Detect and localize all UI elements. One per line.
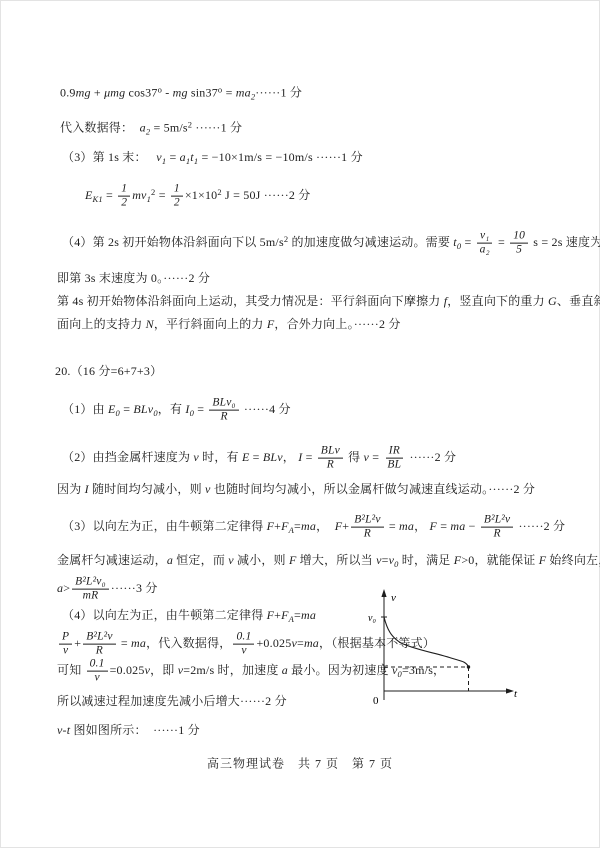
text-segment: （1）由 (62, 402, 108, 416)
fraction-denominator: R (93, 645, 106, 658)
text-segment: ······2 分 (406, 450, 456, 464)
fraction: B²L²v₀mR (72, 576, 109, 603)
text-segment: cos37 (125, 85, 157, 99)
text-segment: ······2 分 (515, 519, 565, 533)
text-line-a2-value: 代入数据得： a2 = 5m/s2 ······1 分 (60, 119, 242, 136)
text-segment: 也随时间均匀减小，所以金属杆做匀减速直线运动。······2 分 (211, 482, 536, 496)
text-line-q3-v1: （3）第 1s 末： v1 = a1t1 = −10×1m/s = −10m/s… (62, 150, 363, 166)
text-line-q20-3b: 金属杆匀减速运动，a 恒定，而 v 减小，则 F 增大，所以当 v=v0 时，满… (57, 553, 600, 569)
fraction-numerator: v₁ (477, 230, 493, 244)
fraction-denominator: R (490, 528, 503, 541)
text-segment: sin37 (188, 85, 218, 99)
fraction: v₁a₂ (477, 230, 493, 257)
text-segment: ma (450, 519, 465, 533)
text-segment: 可知 (57, 663, 85, 677)
text-segment: + (342, 519, 349, 533)
fraction-denominator: R (324, 459, 337, 472)
text-segment: ma (131, 636, 146, 650)
fraction-numerator: B²L²v (351, 514, 383, 528)
text-segment: F (281, 608, 289, 622)
text-segment: K1 (93, 194, 103, 204)
text-segment: = (461, 235, 474, 249)
text-line-q20-4e: v-t 图如图所示： ······1 分 (57, 723, 200, 737)
text-segment: ，代入数据得， (146, 636, 231, 650)
text-segment: （2）由挡金属杆速度为 (62, 450, 193, 464)
text-line-q3-ek1: EK1 = 12mv12 = 12×1×102 J = 50J ······2 … (85, 183, 311, 210)
text-segment: - (162, 85, 173, 99)
text-segment: = (120, 402, 133, 416)
text-segment: ······4 分 (241, 402, 291, 416)
text-segment: v-t (57, 723, 70, 737)
page-footer: 高三物理试卷 共 7 页 第 7 页 (0, 755, 600, 772)
text-segment: F (281, 519, 289, 533)
fraction-denominator: mR (80, 590, 102, 603)
text-line-q4-end3s: 即第 3s 末速度为 0。······2 分 (57, 271, 210, 285)
text-segment: = (166, 150, 179, 164)
text-segment: 金属杆匀减速运动， (57, 553, 167, 567)
fraction: B²L²vR (83, 631, 115, 658)
text-line-q20-header: 20.（16 分=6+7+3） (55, 364, 162, 378)
v0-label: v₀ (368, 613, 376, 624)
text-segment: 即第 3s 末速度为 0。······2 分 (57, 271, 210, 285)
text-segment: s = 2s 速度为 0， (530, 235, 600, 249)
text-segment: 得 (345, 450, 364, 464)
text-segment: 第 4s 初开始物体沿斜面向上运动，其受力情况是：平行斜面向下摩擦力 (57, 294, 444, 308)
text-line-q20-4d: 所以减速过程加速度先减小后增大······2 分 (57, 694, 287, 708)
text-segment: ······3 分 (111, 581, 158, 595)
fraction-numerator: BLv (318, 445, 343, 459)
text-segment: + (91, 85, 104, 99)
text-segment: 时，满足 (399, 553, 454, 567)
fraction-denominator: 2 (118, 197, 130, 210)
text-segment: 时，有 (199, 450, 242, 464)
fraction-denominator: v (238, 645, 249, 658)
text-segment: = (103, 188, 116, 202)
fraction: 12 (171, 183, 183, 210)
text-segment: ma (304, 636, 319, 650)
text-segment: F (267, 608, 275, 622)
text-segment: ， (316, 519, 335, 533)
text-segment: BLv (133, 402, 153, 416)
text-segment: ， (283, 450, 298, 464)
fraction-numerator: B²L²v₀ (72, 576, 109, 590)
text-segment: = (386, 519, 399, 533)
fraction: 12 (118, 183, 130, 210)
fraction-numerator: IR (386, 445, 403, 459)
text-segment: ，合外力向上。······2 分 (274, 317, 400, 331)
t-axis-arrow-icon (506, 688, 514, 693)
text-segment: 恒定，而 (173, 553, 228, 567)
text-segment: （3）以向左为正，由牛顿第二定律得 (62, 519, 267, 533)
origin-label: 0 (373, 695, 379, 707)
text-segment: ，竖直向下的重力 (447, 294, 548, 308)
text-segment: − (465, 519, 478, 533)
text-line-q4-decel: （4）第 2s 初开始物体沿斜面向下以 5m/s2 的加速度做匀减速运动。需要 … (62, 230, 600, 257)
text-segment: 图如图所示： ······1 分 (70, 723, 200, 737)
velocity-curve (384, 617, 469, 667)
text-segment: =0.025 (110, 663, 145, 677)
text-segment: N (146, 317, 154, 331)
text-segment: = (194, 402, 207, 416)
text-segment: 随时间均匀减小，则 (89, 482, 205, 496)
fraction: IRBL (384, 445, 404, 472)
fraction-numerator: BLv₀ (209, 397, 238, 411)
fraction-numerator: 0.1 (233, 631, 254, 645)
fraction-denominator: 2 (171, 197, 183, 210)
text-segment: = 5m/s (150, 120, 188, 134)
text-segment: = (249, 450, 262, 464)
text-segment: ······1 分 (192, 120, 242, 134)
text-segment: ，即 (150, 663, 178, 677)
fraction-numerator: 0.1 (87, 658, 108, 672)
text-segment: = (382, 553, 389, 567)
text-segment: ma (399, 519, 414, 533)
text-line-eq-friction: 0.9mg + μmg cos37o - mg sin37o = ma2····… (60, 84, 302, 101)
fraction-denominator: BL (384, 459, 404, 472)
text-segment: = (302, 450, 315, 464)
text-segment: 面向上的支持力 (57, 317, 146, 331)
fraction: 105 (510, 230, 528, 257)
text-segment: ，有 (158, 402, 186, 416)
fraction-numerator: B²L²v (83, 631, 115, 645)
fraction-denominator: R (217, 411, 230, 424)
text-segment: > (63, 581, 70, 595)
text-segment: ， (414, 519, 429, 533)
vt-graph: v v₀ 0 t (366, 588, 524, 716)
fraction: B²L²vR (481, 514, 513, 541)
text-segment: ，平行斜面向上的力 (154, 317, 267, 331)
text-segment: E (108, 402, 116, 416)
fraction-numerator: P (59, 631, 72, 645)
vt-graph-svg: v v₀ 0 t (366, 588, 524, 716)
text-segment: + (74, 636, 81, 650)
text-line-q20-3c: a>B²L²v₀mR······3 分 (57, 576, 158, 603)
text-segment: mg (76, 85, 91, 99)
text-segment: 的加速度做匀减速运动。需要 (288, 235, 453, 249)
text-line-q20-2b: 因为 I 随时间均匀减小，则 v 也随时间均匀减小，所以金属杆做匀减速直线运动。… (57, 482, 535, 496)
text-line-q20-4: （4）以向左为正，由牛顿第二定律得 F+FA=ma (62, 608, 316, 624)
fraction: Pv (59, 631, 72, 658)
v-axis-arrow-icon (381, 589, 386, 597)
text-line-q20-2: （2）由挡金属杆速度为 v 时，有 E = BLv， I = BLvR 得 v … (62, 445, 456, 472)
text-segment: BLv (263, 450, 283, 464)
text-segment: =2m/s 时，加速度 (183, 663, 282, 677)
text-segment: = (118, 636, 131, 650)
text-segment: 始终向左， (546, 553, 600, 567)
text-segment: 增大，所以当 (296, 553, 376, 567)
text-segment: （4）第 2s 初开始物体沿斜面向下以 5m/s (62, 235, 284, 249)
text-line-q4-forces-2: 面向上的支持力 N，平行斜面向上的力 F，合外力向上。······2 分 (57, 317, 401, 331)
text-segment: ×1×10 (185, 188, 218, 202)
fraction-denominator: a₂ (477, 244, 493, 257)
text-segment: （4）以向左为正，由牛顿第二定律得 (62, 608, 267, 622)
text-segment: 0.9 (60, 85, 76, 99)
text-segment: 减小，则 (234, 553, 289, 567)
text-segment: G (548, 294, 557, 308)
text-segment: >0，就能保证 (461, 553, 538, 567)
text-segment: 20.（16 分=6+7+3） (55, 364, 162, 378)
text-segment: = (297, 636, 304, 650)
text-segment: +0.025 (256, 636, 291, 650)
text-segment: ma (236, 85, 251, 99)
text-segment: mg (173, 85, 188, 99)
text-segment: mv (132, 188, 146, 202)
text-segment: = (294, 519, 301, 533)
fraction-denominator: 5 (513, 244, 525, 257)
text-segment: 因为 (57, 482, 85, 496)
fraction-denominator: v (60, 645, 71, 658)
fraction-numerator: 10 (510, 230, 528, 244)
text-segment: = (156, 188, 169, 202)
fraction-numerator: B²L²v (481, 514, 513, 528)
text-segment: 、垂直斜 (557, 294, 600, 308)
text-segment: ······1 分 (255, 85, 302, 99)
text-segment: J = 50J ······2 分 (222, 188, 311, 202)
fraction: 0.1v (87, 658, 108, 685)
text-line-q20-3: （3）以向左为正，由牛顿第二定律得 F+FA=ma， F+B²L²vR = ma… (62, 514, 565, 541)
text-segment: 所以减速过程加速度先减小后增大······2 分 (57, 694, 287, 708)
fraction-numerator: 1 (171, 183, 183, 197)
text-segment: = (294, 608, 301, 622)
text-segment: = (495, 235, 508, 249)
fraction-denominator: v (91, 672, 102, 685)
t-axis-label: t (514, 688, 518, 700)
v-axis-label: v (391, 592, 396, 604)
text-segment: ma (301, 519, 316, 533)
text-segment: F (429, 519, 437, 533)
text-segment: = (222, 85, 235, 99)
text-segment: E (85, 188, 93, 202)
fraction-denominator: R (361, 528, 374, 541)
text-segment: μmg (104, 85, 125, 99)
text-segment: = (437, 519, 450, 533)
fraction: BLv₀R (209, 397, 238, 424)
fraction: BLvR (318, 445, 343, 472)
text-line-q20-1: （1）由 E0 = BLv0，有 I0 = BLv₀R ······4 分 (62, 397, 291, 424)
text-segment: F (267, 519, 275, 533)
fraction: 0.1v (233, 631, 254, 658)
text-segment: （3）第 1s 末： (62, 150, 156, 164)
text-segment: = −10×1m/s = −10m/s ······1 分 (198, 150, 363, 164)
text-segment: 代入数据得： (60, 120, 140, 134)
fraction: B²L²vR (351, 514, 383, 541)
fraction-numerator: 1 (118, 183, 130, 197)
exam-answer-page: 0.9mg + μmg cos37o - mg sin37o = ma2····… (0, 0, 600, 848)
text-segment: ma (301, 608, 316, 622)
text-segment: = (369, 450, 382, 464)
text-line-q4-forces-1: 第 4s 初开始物体沿斜面向上运动，其受力情况是：平行斜面向下摩擦力 f，竖直向… (57, 294, 600, 308)
